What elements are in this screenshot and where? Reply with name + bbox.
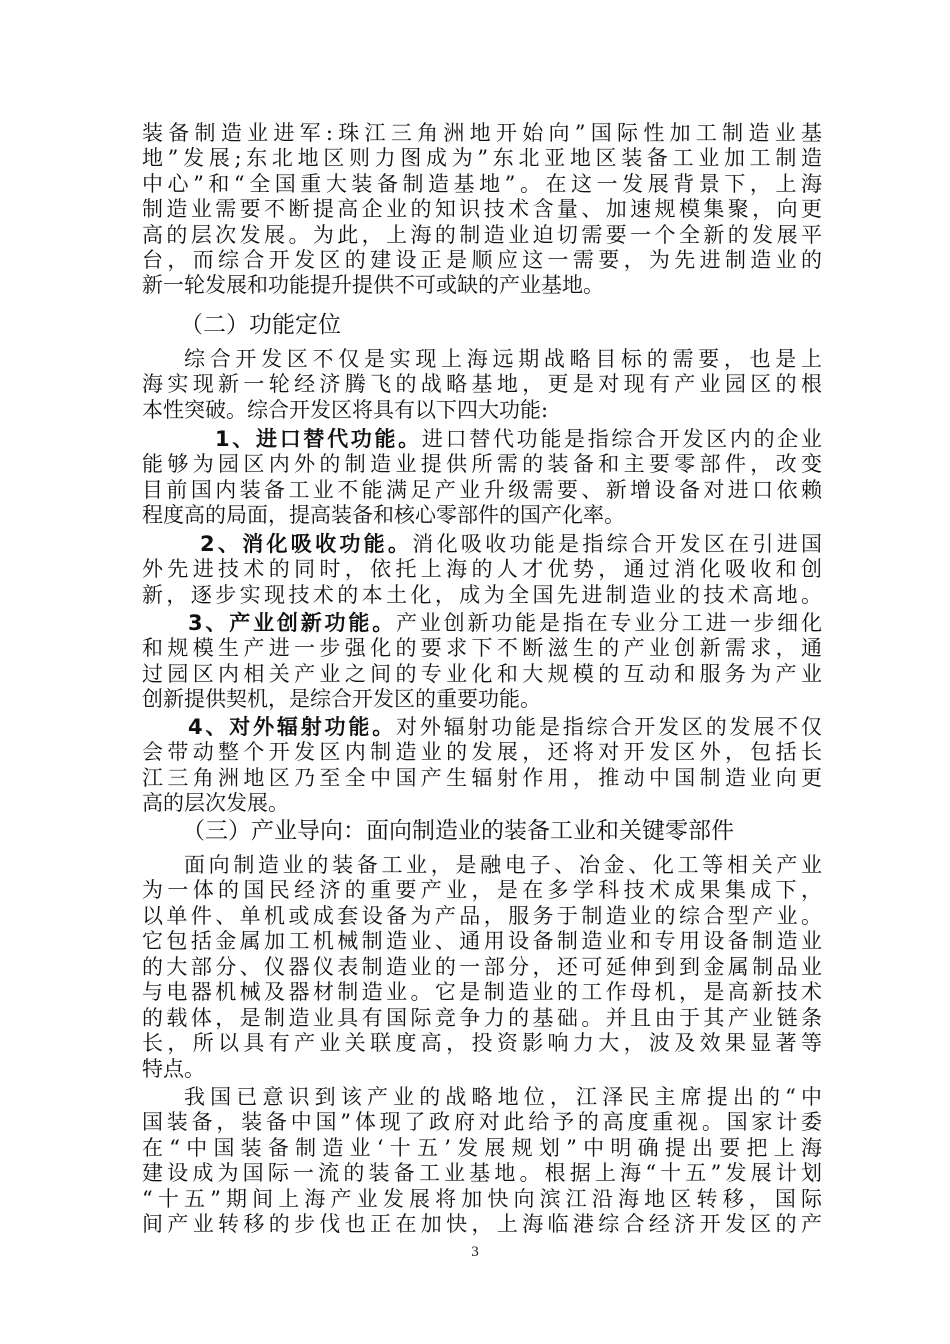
text-line: 我国已意识到该产业的战略地位，江泽民主席提出的“中 <box>184 1085 822 1110</box>
text-line: 制造业需要不断提高企业的知识技术含量、加速规模集聚，向更 <box>142 197 822 222</box>
text-line: 以单件、单机或成套设备为产品，服务于制造业的综合型产业。 <box>142 904 822 929</box>
text-line: 和规模生产进一步强化的要求下不断滋生的产业创新需求，通 <box>142 636 822 661</box>
item-title: 1、进口替代功能。 <box>215 427 422 451</box>
text-line: 本性突破。综合开发区将具有以下四大功能: <box>142 398 822 423</box>
text-line: 江三角洲地区乃至全中国产生辐射作用，推动中国制造业向更 <box>142 766 822 791</box>
item-title: 3、产业创新功能。 <box>188 611 396 635</box>
text-line: 新一轮发展和功能提升提供不可或缺的产业基地。 <box>142 273 822 298</box>
text-line: 长，所以具有产业关联度高，投资影响力大，波及效果显著等 <box>142 1031 822 1056</box>
item-text: 产业创新功能是指在专业分工进一步细化 <box>396 611 822 635</box>
text-line: 建设成为国际一流的装备工业基地。根据上海“十五”发展计划 <box>142 1161 822 1186</box>
text-line: 海实现新一轮经济腾飞的战略基地，更是对现有产业园区的根 <box>142 372 822 397</box>
text-line: 与电器机械及器材制造业。它是制造业的工作母机，是高新技术 <box>142 980 822 1005</box>
text-line: 的载体，是制造业具有国际竞争力的基础。并且由于其产业链条 <box>142 1006 822 1031</box>
item-title: 4、对外辐射功能。 <box>188 715 396 739</box>
page-number: 3 <box>0 1244 950 1261</box>
text-line: 在“中国装备制造业‘十五’发展规划”中明确提出要把上海 <box>142 1136 822 1161</box>
text-line: 创新提供契机，是综合开发区的重要功能。 <box>142 687 822 712</box>
text-line: 能够为园区内外的制造业提供所需的装备和主要零部件，改变 <box>142 452 822 477</box>
text-line: 地”发展;东北地区则力图成为”东北亚地区装备工业加工制造 <box>142 146 822 171</box>
text-line: 新，逐步实现技术的本土化，成为全国先进制造业的技术高地。 <box>142 583 822 608</box>
text-line: 4、对外辐射功能。对外辐射功能是指综合开发区的发展不仅 <box>188 715 822 740</box>
text-line: 台，而综合开发区的建设正是顺应这一需要，为先进制造业的 <box>142 248 822 273</box>
text-line: 它包括金属加工机械制造业、通用设备制造业和专用设备制造业 <box>142 929 822 954</box>
text-line: 中心”和“全国重大装备制造基地”。在这一发展背景下，上海 <box>142 172 822 197</box>
text-line: 1、进口替代功能。进口替代功能是指综合开发区内的企业 <box>215 427 822 452</box>
text-line: 外先进技术的同时，依托上海的人才优势，通过消化吸收和创 <box>142 557 822 582</box>
text-line: 面向制造业的装备工业，是融电子、冶金、化工等相关产业 <box>184 853 822 878</box>
text-line: 高的层次发展。为此，上海的制造业迫切需要一个全新的发展平 <box>142 223 822 248</box>
document-page: 装备制造业进军:珠江三角洲地开始向”国际性加工制造业基 地”发展;东北地区则力图… <box>0 0 950 1344</box>
text-line: 目前国内装备工业不能满足产业升级需要、新增设备对进口依赖 <box>142 478 822 503</box>
text-line: “十五”期间上海产业发展将加快向滨江沿海地区转移，国际 <box>142 1187 822 1212</box>
text-line: 为一体的国民经济的重要产业，是在多学科技术成果集成下， <box>142 878 822 903</box>
section-heading-industry-orientation: （三）产业导向：面向制造业的装备工业和关键零部件 <box>182 817 734 845</box>
section-heading-function: （二）功能定位 <box>180 311 341 339</box>
text-line: 3、产业创新功能。产业创新功能是指在专业分工进一步细化 <box>188 611 822 636</box>
text-line: 特点。 <box>142 1057 822 1082</box>
text-line: 会带动整个开发区内制造业的发展，还将对开发区外，包括长 <box>142 740 822 765</box>
text-line: 间产业转移的步伐也正在加快，上海临港综合经济开发区的产 <box>142 1212 822 1237</box>
item-text: 对外辐射功能是指综合开发区的发展不仅 <box>396 715 822 739</box>
text-line: 程度高的局面，提高装备和核心零部件的国产化率。 <box>142 503 822 528</box>
item-text: 消化吸收功能是指综合开发区在引进国 <box>412 532 822 556</box>
text-line: 的大部分、仪器仪表制造业的一部分，还可延伸到到金属制品业 <box>142 955 822 980</box>
text-line: 综合开发区不仅是实现上海远期战略目标的需要，也是上 <box>184 347 822 372</box>
text-line: 装备制造业进军:珠江三角洲地开始向”国际性加工制造业基 <box>142 121 822 146</box>
text-line: 2、消化吸收功能。消化吸收功能是指综合开发区在引进国 <box>200 532 822 557</box>
item-title: 2、消化吸收功能。 <box>200 532 412 556</box>
text-line: 高的层次发展。 <box>142 791 822 816</box>
item-text: 进口替代功能是指综合开发区内的企业 <box>422 427 822 451</box>
text-line: 过园区内相关产业之间的专业化和大规模的互动和服务为产业 <box>142 662 822 687</box>
text-line: 国装备，装备中国”体现了政府对此给予的高度重视。国家计委 <box>142 1110 822 1135</box>
